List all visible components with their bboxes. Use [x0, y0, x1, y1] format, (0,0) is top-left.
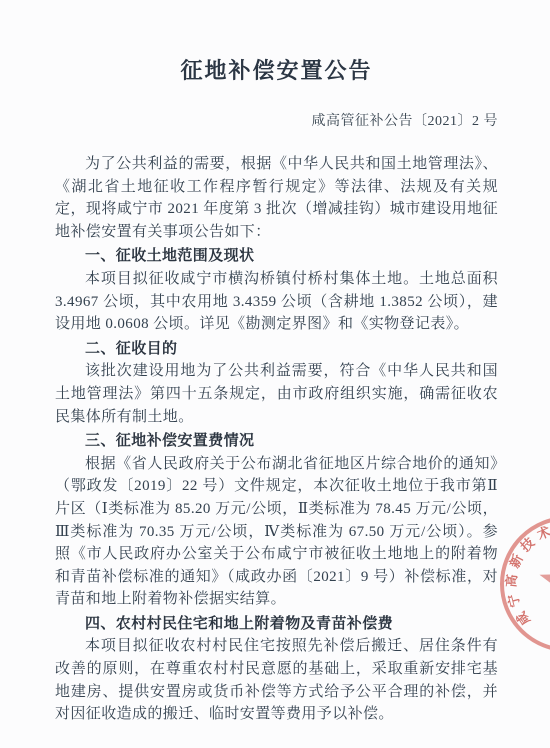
document-page: 征地补偿安置公告 咸高管征补公告〔2021〕2 号 为了公共利益的需要，根据《中… [0, 0, 550, 748]
section-3-body: 根据《省人民政府关于公布湖北省征地区片综合地价的通知》（鄂政发〔2019〕22 … [55, 453, 498, 611]
seal-graphic: 咸宁高新技术产业园区管委会 [493, 509, 550, 659]
section-3-heading: 三、征地补偿安置费情况 [55, 430, 498, 453]
seal-ring [502, 518, 550, 650]
document-number: 咸高管征补公告〔2021〕2 号 [55, 110, 498, 130]
document-content: 征地补偿安置公告 咸高管征补公告〔2021〕2 号 为了公共利益的需要，根据《中… [55, 54, 498, 726]
section-1: 一、征收土地范围及现状 本项目拟征收咸宁市横沟桥镇付桥村集体土地。土地总面积 3… [55, 245, 498, 335]
page-title: 征地补偿安置公告 [55, 54, 498, 85]
section-3: 三、征地补偿安置费情况 根据《省人民政府关于公布湖北省征地区片综合地价的通知》（… [55, 430, 498, 611]
seal-text-container: 咸宁高新技术产业园区管委会 [503, 520, 550, 628]
intro-paragraph: 为了公共利益的需要，根据《中华人民共和国土地管理法》、《湖北省土地征收工作程序暂… [55, 153, 498, 243]
seal-text: 咸宁高新技术产业园区管委会 [503, 520, 550, 628]
section-4: 四、农村村民住宅和地上附着物及青苗补偿费 本项目拟征收农村村民住宅按照先补偿后搬… [55, 613, 498, 726]
section-2-heading: 二、征收目的 [55, 338, 498, 361]
section-2-body: 该批次建设用地为了公共利益需要，符合《中华人民共和国土地管理法》第四十五条规定，… [55, 360, 498, 428]
section-1-body: 本项目拟征收咸宁市横沟桥镇付桥村集体土地。土地总面积 3.4967 公顷，其中农… [55, 268, 498, 336]
section-2: 二、征收目的 该批次建设用地为了公共利益需要，符合《中华人民共和国土地管理法》第… [55, 338, 498, 428]
star-icon [540, 554, 550, 608]
document-body: 为了公共利益的需要，根据《中华人民共和国土地管理法》、《湖北省土地征收工作程序暂… [55, 153, 498, 726]
official-seal-stamp: 咸宁高新技术产业园区管委会 [493, 509, 550, 659]
section-4-body: 本项目拟征收农村村民住宅按照先补偿后搬迁、居住条件有改善的原则，在尊重农村村民意… [55, 635, 498, 725]
section-4-heading: 四、农村村民住宅和地上附着物及青苗补偿费 [55, 613, 498, 636]
section-1-heading: 一、征收土地范围及现状 [55, 245, 498, 268]
